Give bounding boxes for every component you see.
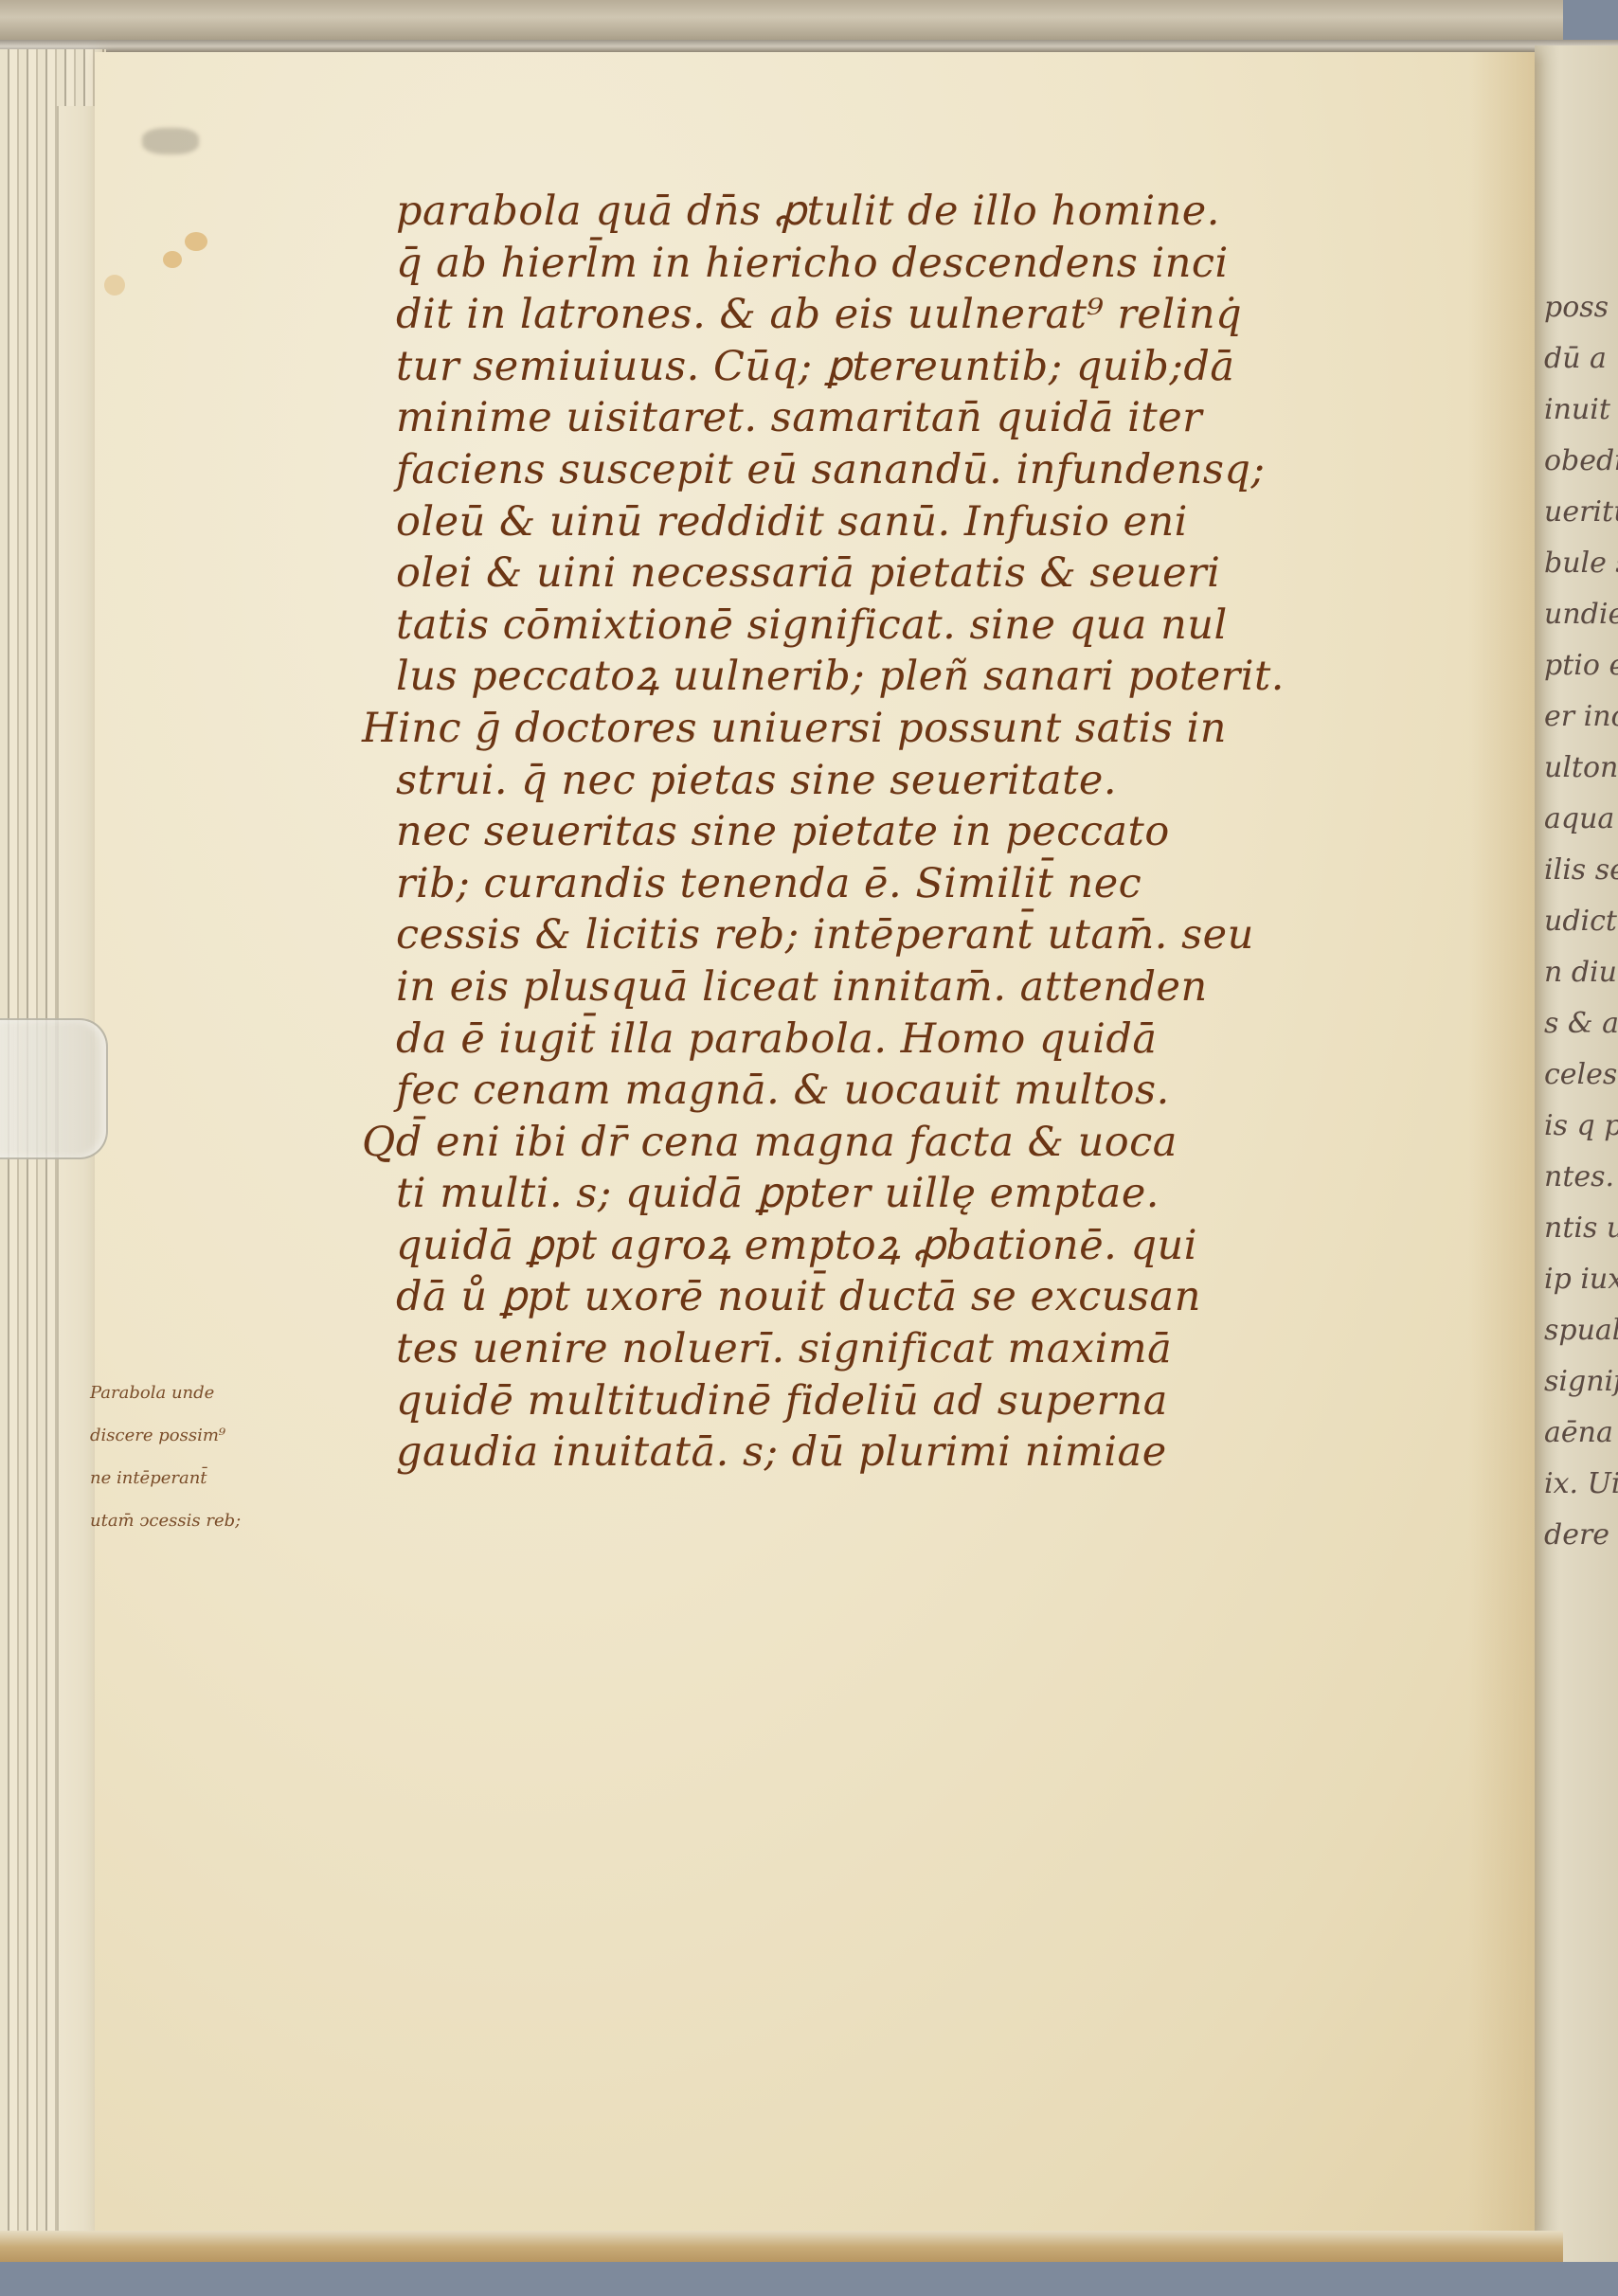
- text-line: in eis plusquā liceat innitam̄. attenden: [396, 961, 1514, 1013]
- text-line: minime uisitaret. samaritan̄ quidā iter: [396, 392, 1514, 444]
- stain-mark: [185, 232, 207, 251]
- text-line: dā ů ꝑpt uxorē nouit̄ ductā se excusan: [396, 1271, 1514, 1323]
- facing-fragment: ptio edi: [1544, 640, 1618, 691]
- facing-fragment: ilis seu: [1544, 845, 1618, 896]
- facing-fragment: s & ado c: [1544, 998, 1618, 1049]
- gloss-line: utam̄ ↄcessis reb;: [90, 1499, 393, 1542]
- text-line: rib; curandis tenenda ē. Similit̄ nec: [396, 858, 1514, 910]
- facing-fragment: celest e: [1544, 1049, 1618, 1101]
- facing-fragment: ntes. & n: [1544, 1152, 1618, 1203]
- text-line: Hinc ḡ doctores uniuersi possunt satis i…: [362, 703, 1514, 755]
- text-line: faciens suscepit eū sanandū. infundensq;: [396, 444, 1514, 496]
- gloss-line: Parabola unde: [90, 1372, 393, 1414]
- book-top-edge: [0, 0, 1563, 44]
- text-line: quidē multitudinē fideliū ad superna: [396, 1375, 1514, 1427]
- text-line: tes uenire noluerī. significat maximā: [396, 1323, 1514, 1375]
- facing-page-edge: poss dū a inuit obedi ueritu bule se und…: [1535, 45, 1618, 2296]
- facing-fragment: obedi: [1544, 436, 1618, 487]
- facing-fragment: undie: [1544, 589, 1618, 640]
- text-line: q̄ ab hierl̄m in hiericho descendens inc…: [396, 238, 1514, 290]
- facing-fragment: udiction: [1544, 896, 1618, 947]
- text-line: tur semiuiuus. Cūq; ꝑtereuntib; quib;dā: [396, 341, 1514, 393]
- facing-fragment: poss: [1544, 282, 1618, 333]
- facing-fragment: dere illā.: [1544, 1510, 1618, 1561]
- facing-fragment: aqua ad: [1544, 794, 1618, 845]
- text-line: gaudia inuitatā. s; dū plurimi nimiae: [396, 1426, 1514, 1479]
- text-line: Qd̄ eni ibi dr̄ cena magna facta & uoca: [362, 1117, 1514, 1169]
- facing-fragment: spuale i: [1544, 1305, 1618, 1356]
- binding-rule: [0, 40, 1618, 53]
- text-line: fec cenam magnā. & uocauit multos.: [396, 1065, 1514, 1117]
- facing-fragment: aēna ad q: [1544, 1408, 1618, 1459]
- text-line: da ē iugit̄ illa parabola. Homo quidā: [396, 1013, 1514, 1066]
- page-clip: [0, 1018, 108, 1159]
- gloss-line: discere possim⁹: [90, 1414, 393, 1457]
- facing-fragment: dū a: [1544, 333, 1618, 385]
- text-line: strui. q̄ nec pietas sine seueritate.: [396, 755, 1514, 807]
- facing-fragment: inuit: [1544, 385, 1618, 436]
- text-line: oleū & uinū reddidit sanū. Infusio eni: [396, 496, 1514, 548]
- facing-fragment: n diuin: [1544, 947, 1618, 998]
- text-line: lus peccatoꝝ uulnerib; pleñ sanari poter…: [396, 651, 1514, 703]
- ink-smudge: [142, 128, 199, 154]
- facing-fragment: ntis usq;: [1544, 1203, 1618, 1254]
- text-line: tatis cōmixtionē significat. sine qua nu…: [396, 600, 1514, 652]
- facing-fragment: is q puin: [1544, 1101, 1618, 1152]
- text-line: nec seueritas sine pietate in peccato: [396, 806, 1514, 858]
- main-text-block: parabola quā dn̄s ꝓtulit de illo homine.…: [396, 186, 1514, 1479]
- facing-fragment: ix. Uilla en: [1544, 1459, 1618, 1510]
- text-line: ti multi. s; quidā ꝑpter uillę emptae.: [396, 1168, 1514, 1220]
- text-line: quidā ꝑpt agroꝝ emptoꝝ ꝓbationē. qui: [396, 1220, 1514, 1272]
- text-line: olei & uini necessariā pietatis & seueri: [396, 547, 1514, 600]
- facing-fragment: significen: [1544, 1356, 1618, 1408]
- book-bottom-edge: [0, 2231, 1563, 2264]
- facing-fragment: ueritu: [1544, 487, 1618, 538]
- facing-fragment: er incē: [1544, 691, 1618, 743]
- facing-fragment: ip iuxta: [1544, 1254, 1618, 1305]
- gloss-line: ne intēperant̄: [90, 1457, 393, 1499]
- facing-fragment: ultone: [1544, 743, 1618, 794]
- background-bottom: [0, 2262, 1618, 2296]
- facing-fragment: bule se: [1544, 538, 1618, 589]
- marginal-gloss: Parabola unde discere possim⁹ ne intēper…: [90, 1372, 393, 1542]
- stain-mark: [104, 275, 125, 296]
- text-line: parabola quā dn̄s ꝓtulit de illo homine.: [396, 186, 1514, 238]
- text-line: cessis & licitis reb; intēperant̄ utam̄.…: [396, 909, 1514, 961]
- text-line: dit in latrones. & ab eis uulnerat⁹ reli…: [396, 289, 1514, 341]
- stain-mark: [163, 251, 182, 268]
